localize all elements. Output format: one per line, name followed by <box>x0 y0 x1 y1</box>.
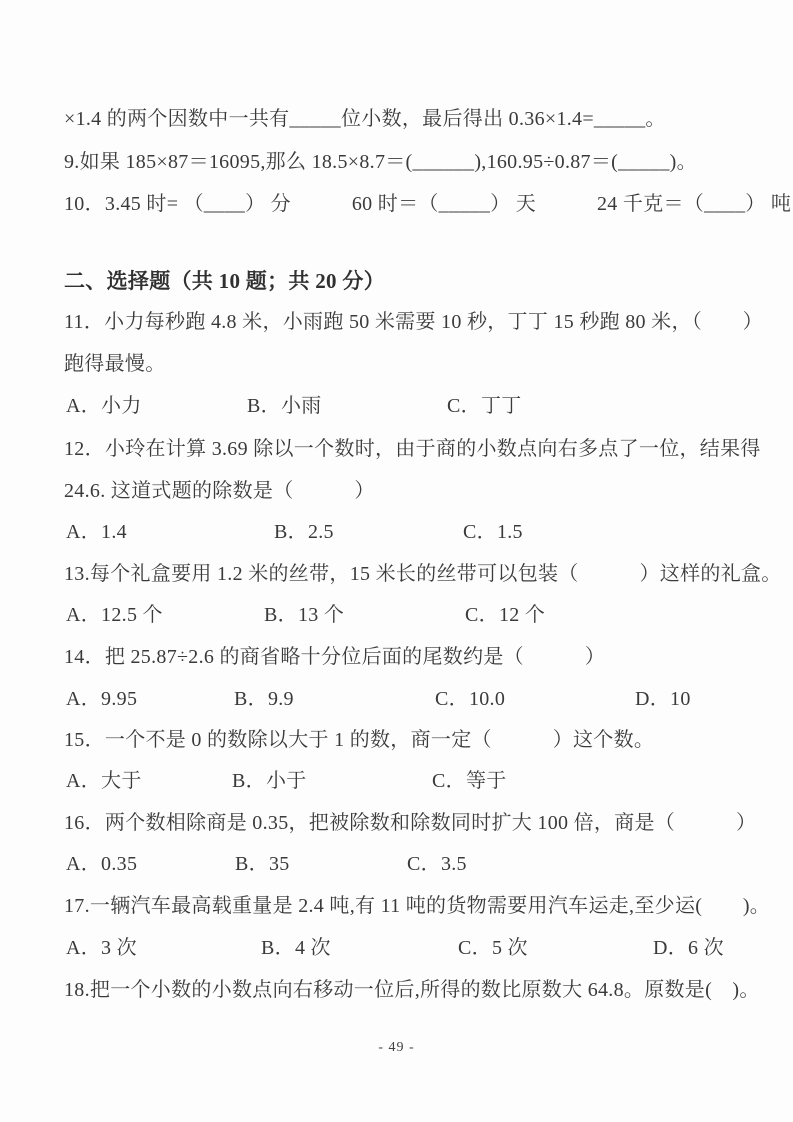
q17-line-1: 17.一辆汽车最高载重量是 2.4 吨,有 11 吨的货物需要用汽车运走,至少运… <box>64 891 770 921</box>
q15-options: A．大于 B．小于 C．等于 <box>0 766 793 796</box>
q11-line-2: 跑得最慢。 <box>64 349 166 379</box>
q12-options: A．1.4 B．2.5 C．1.5 <box>0 517 793 547</box>
q16-options: A．0.35 B．35 C．3.5 <box>0 849 793 879</box>
q14-line-1: 14．把 25.87÷2.6 的商省略十分位后面的尾数约是（ ） <box>64 642 605 672</box>
q14-options: A．9.95 B．9.9 C．10.0 D．10 <box>0 684 793 714</box>
section-heading: 二、选择题（共 10 题；共 20 分） <box>64 266 385 296</box>
q18-line-1: 18.把一个小数的小数点向右移动一位后,所得的数比原数大 64.8。原数是( )… <box>64 975 760 1005</box>
q15-option-a: A．大于 <box>66 766 142 796</box>
q12-option-b: B．2.5 <box>274 517 334 547</box>
fill-line-q10: 10．3.45 时= （____） 分 60 时＝（_____） 天 24 千克… <box>64 189 791 219</box>
q13-option-a: A．12.5 个 <box>66 600 163 630</box>
q11-options: A．小力 B．小雨 C．丁丁 <box>0 391 793 421</box>
q16-option-c: C．3.5 <box>407 849 467 879</box>
q16-option-b: B．35 <box>235 849 290 879</box>
q13-options: A．12.5 个 B．13 个 C．12 个 <box>0 600 793 630</box>
q11-option-b: B．小雨 <box>247 391 322 421</box>
q13-line-1: 13.每个礼盒要用 1.2 米的丝带，15 米长的丝带可以包装（ ）这样的礼盒。 <box>64 559 782 589</box>
worksheet-page: ×1.4 的两个因数中一共有_____位小数，最后得出 0.36×1.4=___… <box>0 0 793 1122</box>
q11-option-c: C．丁丁 <box>447 391 522 421</box>
q12-line-1: 12．小玲在计算 3.69 除以一个数时，由于商的小数点向右多点了一位，结果得 <box>64 434 761 464</box>
q14-option-a: A．9.95 <box>66 684 137 714</box>
q12-option-c: C．1.5 <box>463 517 523 547</box>
q14-option-d: D．10 <box>635 684 691 714</box>
q12-option-a: A．1.4 <box>66 517 127 547</box>
q15-option-b: B．小于 <box>232 766 307 796</box>
q17-option-c: C．5 次 <box>458 933 528 963</box>
q15-option-c: C．等于 <box>432 766 507 796</box>
q11-option-a: A．小力 <box>66 391 142 421</box>
q17-options: A．3 次 B．4 次 C．5 次 D．6 次 <box>0 933 793 963</box>
q12-line-2: 24.6. 这道式题的除数是（ ） <box>64 476 375 506</box>
q11-line-1: 11．小力每秒跑 4.8 米，小雨跑 50 米需要 10 秒，丁丁 15 秒跑 … <box>64 307 763 337</box>
fill-line-q9: 9.如果 185×87＝16095,那么 18.5×8.7＝(______),1… <box>64 147 697 177</box>
page-number: - 49 - <box>0 1040 793 1056</box>
q17-option-b: B．4 次 <box>261 933 331 963</box>
q13-option-c: C．12 个 <box>465 600 545 630</box>
q16-line-1: 16．两个数相除商是 0.35，把被除数和除数同时扩大 100 倍，商是（ ） <box>64 808 756 838</box>
q17-option-a: A．3 次 <box>66 933 137 963</box>
q14-option-b: B．9.9 <box>234 684 294 714</box>
q13-option-b: B．13 个 <box>264 600 344 630</box>
q15-line-1: 15．一个不是 0 的数除以大于 1 的数，商一定（ ）这个数。 <box>64 725 654 755</box>
q17-option-d: D．6 次 <box>653 933 724 963</box>
fill-line-q8-continuation: ×1.4 的两个因数中一共有_____位小数，最后得出 0.36×1.4=___… <box>64 104 666 134</box>
q16-option-a: A．0.35 <box>66 849 137 879</box>
q14-option-c: C．10.0 <box>435 684 505 714</box>
